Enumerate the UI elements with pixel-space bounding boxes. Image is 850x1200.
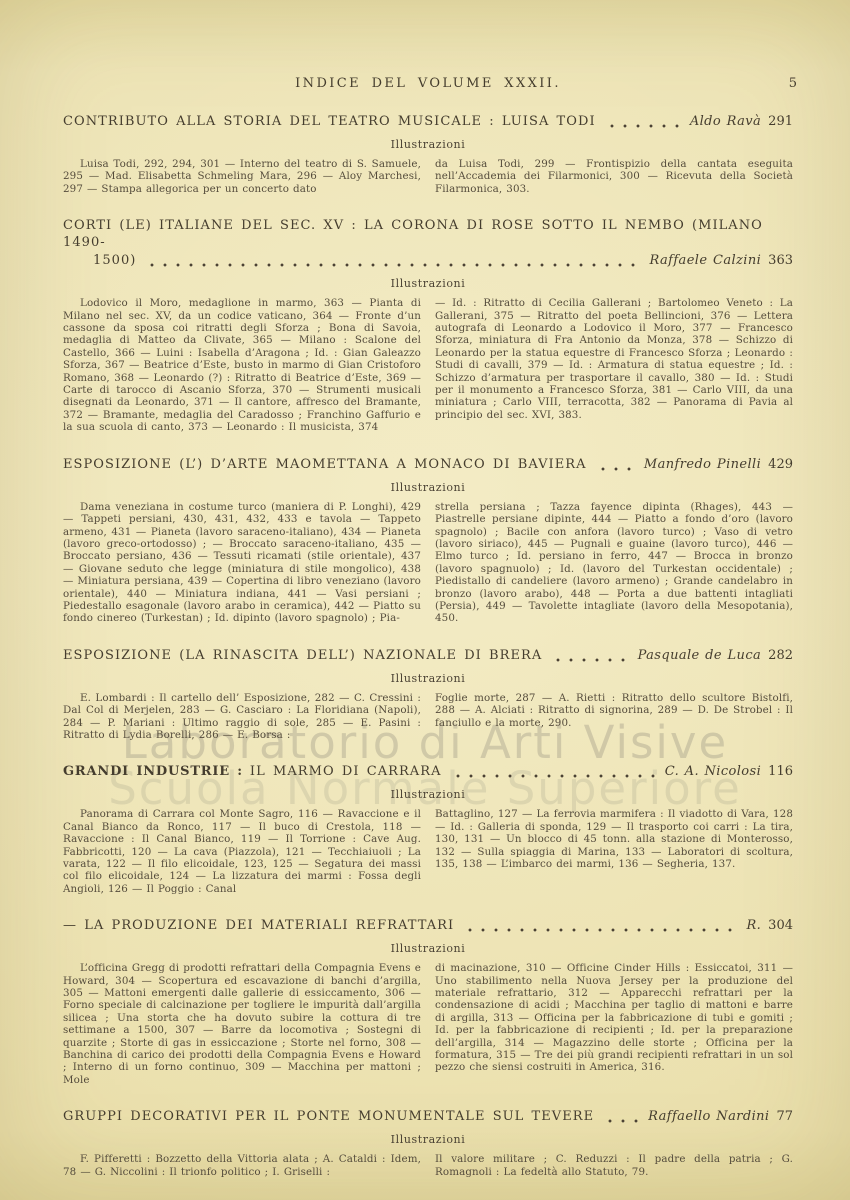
entry-title-row: ESPOSIZIONE (LA RINASCITA DELL’) NAZIONA… xyxy=(63,647,793,664)
entry-columns: Luisa Todi, 292, 294, 301 — Interno del … xyxy=(63,158,793,195)
entry-title: GRUPPI DECORATIVI PER IL PONTE MONUMENTA… xyxy=(63,1108,594,1125)
entry-title-row: CORTI (LE) ITALIANE DEL SEC. XV : LA COR… xyxy=(63,217,793,251)
entry-page-ref: 116 xyxy=(768,763,793,780)
entries: CONTRIBUTO ALLA STORIA DEL TEATRO MUSICA… xyxy=(63,113,793,1178)
entry-title: ESPOSIZIONE (L’) D’ARTE MAOMETTANA A MON… xyxy=(63,456,587,473)
dot-leader xyxy=(606,1113,642,1125)
entry-column-left: E. Lombardi : Il cartello dell’ Esposizi… xyxy=(63,692,421,742)
entry-title-row: GRANDI INDUSTRIE : IL MARMO DI CARRARA C… xyxy=(63,763,793,780)
illustrations-heading: Illustrazioni xyxy=(63,1133,793,1146)
index-entry: GRANDI INDUSTRIE : IL MARMO DI CARRARA C… xyxy=(63,763,793,895)
entry-title: CONTRIBUTO ALLA STORIA DEL TEATRO MUSICA… xyxy=(63,113,596,130)
entry-author: Raffaele Calzini xyxy=(649,252,761,269)
entry-column-right: strella persiana ; Tazza fayence dipinta… xyxy=(435,501,793,625)
entry-column-right: da Luisa Todi, 299 — Frontispizio della … xyxy=(435,158,793,195)
entry-columns: F. Pifferetti : Bozzetto della Vittoria … xyxy=(63,1153,793,1178)
entry-title-bold: GRANDI INDUSTRIE : xyxy=(63,763,243,780)
entry-column-left: Panorama di Carrara col Monte Sagro, 116… xyxy=(63,808,421,895)
entry-title-row: — LA PRODUZIONE DEI MATERIALI REFRATTARI… xyxy=(63,917,793,934)
entry-page-ref: 363 xyxy=(768,252,793,269)
entry-author: Pasquale de Luca xyxy=(638,647,762,664)
index-entry: ESPOSIZIONE (LA RINASCITA DELL’) NAZIONA… xyxy=(63,647,793,742)
entry-author: Aldo Ravà xyxy=(690,113,761,130)
page-content: INDICE DEL VOLUME XXXII. 5 CONTRIBUTO AL… xyxy=(63,0,793,1178)
index-entry: GRUPPI DECORATIVI PER IL PONTE MONUMENTA… xyxy=(63,1108,793,1178)
entry-columns: Dama veneziana in costume turco (maniera… xyxy=(63,501,793,625)
entry-page-ref: 304 xyxy=(768,917,793,934)
dot-leader xyxy=(454,768,659,780)
entry-page-ref: 291 xyxy=(768,113,793,130)
entry-title: IL MARMO DI CARRARA xyxy=(250,763,442,780)
entry-page-ref: 429 xyxy=(768,456,793,473)
entry-title-row: CONTRIBUTO ALLA STORIA DEL TEATRO MUSICA… xyxy=(63,113,793,130)
entry-columns: E. Lombardi : Il cartello dell’ Esposizi… xyxy=(63,692,793,742)
entry-title-continued: 1500) xyxy=(63,252,136,269)
entry-page-ref: 77 xyxy=(776,1108,793,1125)
index-entry: — LA PRODUZIONE DEI MATERIALI REFRATTARI… xyxy=(63,917,793,1086)
entry-column-left: F. Pifferetti : Bozzetto della Vittoria … xyxy=(63,1153,421,1178)
entry-column-left: L’officina Gregg di prodotti refrattari … xyxy=(63,962,421,1086)
entry-columns: Lodovico il Moro, medaglione in marmo, 3… xyxy=(63,297,793,433)
dot-leader xyxy=(599,461,638,473)
entry-column-right: Il valore militare ; C. Reduzzi : Il pad… xyxy=(435,1153,793,1178)
entry-page-ref: 282 xyxy=(768,647,793,664)
illustrations-heading: Illustrazioni xyxy=(63,788,793,801)
entry-author: Raffaello Nardini xyxy=(648,1108,769,1125)
dot-leader xyxy=(608,118,684,130)
entry-column-left: Dama veneziana in costume turco (maniera… xyxy=(63,501,421,625)
entry-column-right: — Id. : Ritratto di Cecilia Gallerani ; … xyxy=(435,297,793,433)
entry-title: CORTI (LE) ITALIANE DEL SEC. XV : LA COR… xyxy=(63,217,793,251)
page-header: INDICE DEL VOLUME XXXII. 5 xyxy=(63,76,793,91)
index-entry: CONTRIBUTO ALLA STORIA DEL TEATRO MUSICA… xyxy=(63,113,793,195)
illustrations-heading: Illustrazioni xyxy=(63,672,793,685)
entry-column-right: Foglie morte, 287 — A. Rietti : Ritratto… xyxy=(435,692,793,742)
illustrations-heading: Illustrazioni xyxy=(63,138,793,151)
scanned-index-page: Laboratorio di Arti Visive Scuola Normal… xyxy=(0,0,850,1200)
dot-leader xyxy=(466,922,740,934)
entry-title-row: ESPOSIZIONE (L’) D’ARTE MAOMETTANA A MON… xyxy=(63,456,793,473)
running-title: INDICE DEL VOLUME XXXII. xyxy=(295,76,561,91)
entry-author: R. xyxy=(746,917,761,934)
entry-column-left: Luisa Todi, 292, 294, 301 — Interno del … xyxy=(63,158,421,195)
entry-column-right: di macinazione, 310 — Officine Cinder Hi… xyxy=(435,962,793,1086)
index-entry: CORTI (LE) ITALIANE DEL SEC. XV : LA COR… xyxy=(63,217,793,433)
dot-leader xyxy=(554,652,631,664)
entry-column-left: Lodovico il Moro, medaglione in marmo, 3… xyxy=(63,297,421,433)
illustrations-heading: Illustrazioni xyxy=(63,942,793,955)
entry-title: — LA PRODUZIONE DEI MATERIALI REFRATTARI xyxy=(63,917,454,934)
entry-title-row: GRUPPI DECORATIVI PER IL PONTE MONUMENTA… xyxy=(63,1108,793,1125)
entry-title: ESPOSIZIONE (LA RINASCITA DELL’) NAZIONA… xyxy=(63,647,542,664)
page-number: 5 xyxy=(789,76,797,91)
dot-leader xyxy=(148,257,643,269)
index-entry: ESPOSIZIONE (L’) D’ARTE MAOMETTANA A MON… xyxy=(63,456,793,625)
illustrations-heading: Illustrazioni xyxy=(63,277,793,290)
entry-author: C. A. Nicolosi xyxy=(665,763,761,780)
entry-title-row-2: 1500) Raffaele Calzini 363 xyxy=(63,252,793,269)
entry-columns: L’officina Gregg di prodotti refrattari … xyxy=(63,962,793,1086)
entry-column-right: Battaglino, 127 — La ferrovia marmifera … xyxy=(435,808,793,895)
illustrations-heading: Illustrazioni xyxy=(63,481,793,494)
entry-author: Manfredo Pinelli xyxy=(644,456,761,473)
entry-columns: Panorama di Carrara col Monte Sagro, 116… xyxy=(63,808,793,895)
